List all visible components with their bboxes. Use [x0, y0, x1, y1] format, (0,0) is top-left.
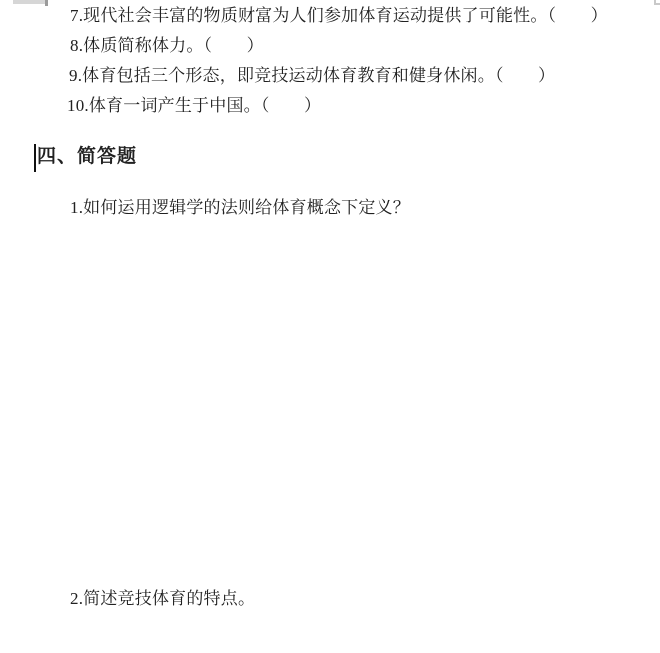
short-answer-question-1[interactable]: 1.如何运用逻辑学的法则给体育概念下定义？ [70, 197, 410, 219]
top-edge-fragment-bar [13, 0, 45, 4]
top-edge-fragment-tick [45, 0, 48, 6]
true-false-question-8[interactable]: 8.体质简称体力。（ ） [70, 35, 264, 57]
true-false-question-9[interactable]: 9.体育包括三个形态，即竞技运动体育教育和健身休闲。（ ） [69, 65, 555, 87]
text-cursor [34, 144, 36, 172]
true-false-question-10[interactable]: 10.体育一词产生于中国。（ ） [67, 95, 321, 117]
document-page[interactable]: 7.现代社会丰富的物质财富为人们参加体育运动提供了可能性。（ ） 8.体质简称体… [0, 0, 660, 653]
top-right-corner-fragment [654, 3, 660, 5]
short-answer-question-2[interactable]: 2.简述竞技体育的特点。 [70, 588, 255, 610]
section-heading-short-answer[interactable]: 四、简答题 [37, 144, 137, 170]
true-false-question-7[interactable]: 7.现代社会丰富的物质财富为人们参加体育运动提供了可能性。（ ） [70, 5, 608, 27]
